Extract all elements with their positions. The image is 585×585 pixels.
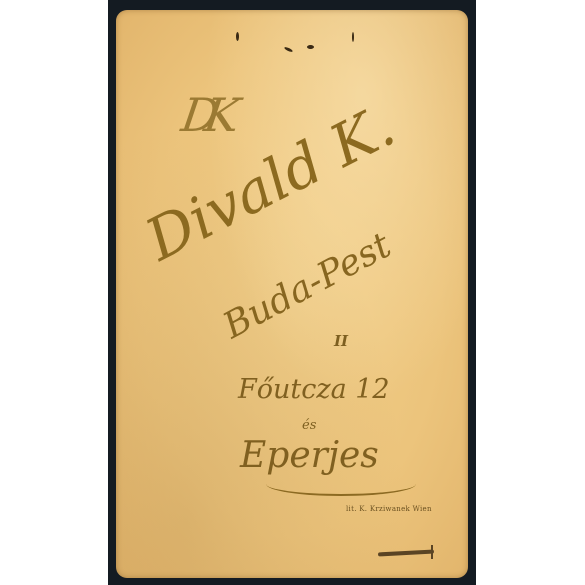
street-address: Főutcza 12 xyxy=(238,374,390,405)
conjunction-text: és xyxy=(302,418,316,433)
slot-damage-end xyxy=(431,545,433,559)
stain-mark xyxy=(352,32,354,42)
slot-damage xyxy=(378,550,434,557)
monogram: DK xyxy=(178,88,229,142)
stain-mark xyxy=(284,46,293,53)
town-name: Eperjes xyxy=(240,435,379,476)
cabinet-card-back: DK Divald K. Buda-Pest II Főutcza 12 és … xyxy=(116,10,468,578)
city-name: Buda-Pest xyxy=(217,225,398,347)
stain-mark xyxy=(236,32,239,41)
district-number: II xyxy=(334,332,348,350)
decorative-swash xyxy=(266,472,416,496)
stain-mark xyxy=(307,45,314,49)
printer-mark: lit. K. Krziwanek Wien xyxy=(346,505,432,513)
